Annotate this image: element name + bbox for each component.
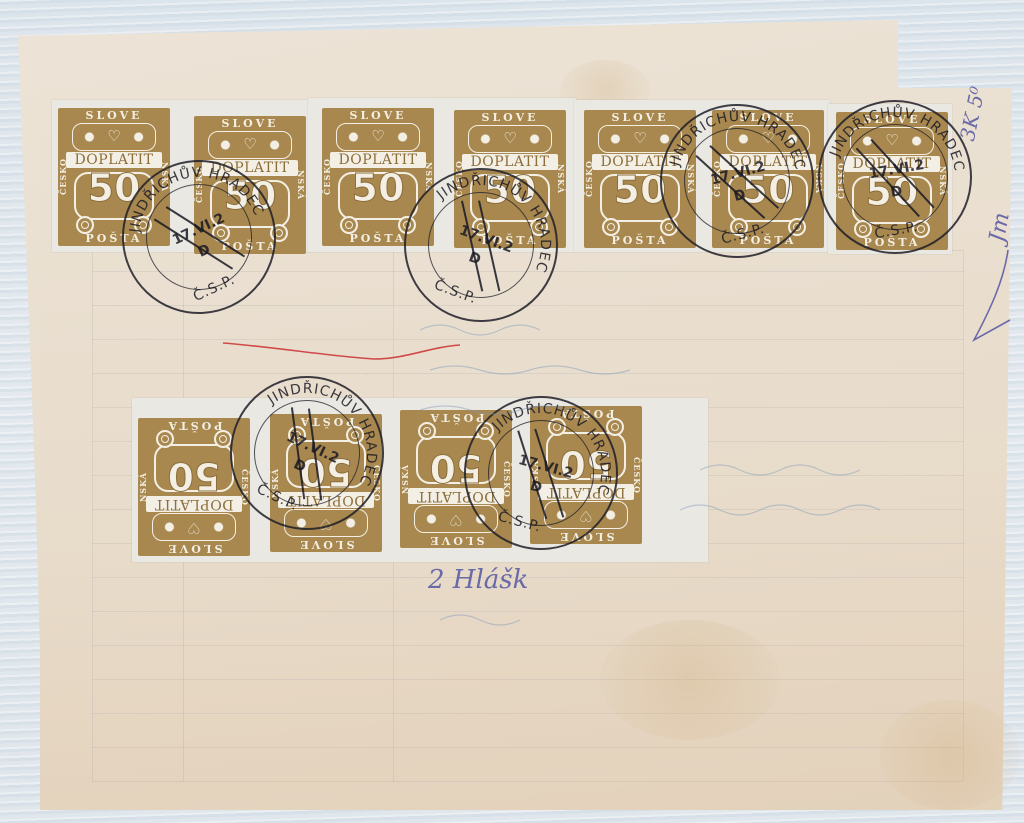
stamp-value: 50 xyxy=(194,174,306,218)
heart-icon: ♡ xyxy=(318,516,334,532)
stamp-value: 50 xyxy=(712,168,824,212)
postage-due-stamp: SLOVE ČESKO NSKÁ ♡ DOPLATIT 50 POŠTA xyxy=(454,110,566,248)
stamp-bottom-text: POŠTA xyxy=(584,234,696,247)
postage-due-stamp: SLOVE ČESKO NSKÁ ♡ DOPLATIT 50 POŠTA xyxy=(322,108,434,246)
postage-due-stamp: SLOVE ČESKO NSKÁ ♡ DOPLATIT 50 POŠTA xyxy=(712,110,824,248)
stamp-value: 50 xyxy=(836,170,948,214)
stamp-top-text: SLOVE xyxy=(58,109,170,122)
stamp-top-text: SLOVE xyxy=(322,109,434,122)
stamp-value: 50 xyxy=(138,454,250,498)
faded-ink-writing xyxy=(400,300,960,680)
stamp-bottom-text: POŠTA xyxy=(270,415,382,428)
stamp-top-text: SLOVE xyxy=(194,117,306,130)
heart-icon: ♡ xyxy=(106,128,122,144)
stamp-top-text: SLOVE xyxy=(584,111,696,124)
stamp-top-text: SLOVE xyxy=(712,111,824,124)
heart-icon: ♡ xyxy=(242,136,258,152)
stamp-value: 50 xyxy=(58,166,170,210)
stamp-value: 50 xyxy=(454,168,566,212)
stamp-bottom-text: POŠTA xyxy=(454,234,566,247)
postage-due-stamp: SLOVE ČESKO NSKÁ ♡ DOPLATIT 50 POŠTA xyxy=(584,110,696,248)
heart-icon: ♡ xyxy=(884,132,900,148)
stamp-top-text: SLOVE xyxy=(138,542,250,555)
spiral-ornament-icon xyxy=(156,430,174,448)
stamp-label: DOPLATIT xyxy=(146,496,242,512)
spiral-ornament-icon xyxy=(346,426,364,444)
heart-icon: ♡ xyxy=(760,130,776,146)
pen-stroke xyxy=(960,240,1020,350)
postage-due-stamp: SLOVE ČESKO NSKÁ ♡ DOPLATIT 50 POŠTA xyxy=(58,108,170,246)
stamp-bottom-text: POŠTA xyxy=(58,232,170,245)
spiral-ornament-icon xyxy=(214,430,232,448)
paper-stain xyxy=(880,700,1020,810)
heart-icon: ♡ xyxy=(370,128,386,144)
postage-due-stamp: SLOVE ČESKO NSKÁ ♡ DOPLATIT 50 POŠTA xyxy=(194,116,306,254)
stamp-bottom-text: POŠTA xyxy=(138,419,250,432)
stamp-value: 50 xyxy=(322,166,434,210)
stamp-top-text: SLOVE xyxy=(836,113,948,126)
postage-due-stamp: SLOVE ČESKO NSKÁ ♡ DOPLATIT 50 POŠTA xyxy=(138,418,250,556)
postage-due-stamp: SLOVE ČESKO NSKÁ ♡ DOPLATIT 50 POŠTA xyxy=(836,112,948,250)
postage-due-stamp: SLOVE ČESKO NSKÁ ♡ DOPLATIT 50 POŠTA xyxy=(270,414,382,552)
stamp-bottom-text: POŠTA xyxy=(712,234,824,247)
stamp-top-text: SLOVE xyxy=(454,111,566,124)
heart-icon: ♡ xyxy=(632,130,648,146)
stamp-top-text: SLOVE xyxy=(270,538,382,551)
heart-icon: ♡ xyxy=(502,130,518,146)
stamp-value: 50 xyxy=(584,168,696,212)
stamp-bottom-text: POŠTA xyxy=(322,232,434,245)
stamp-bottom-text: POŠTA xyxy=(194,240,306,253)
stamp-value: 50 xyxy=(270,450,382,494)
stamp-label: DOPLATIT xyxy=(278,492,374,508)
heart-icon: ♡ xyxy=(186,520,202,536)
spiral-ornament-icon xyxy=(288,426,306,444)
stamp-bottom-text: POŠTA xyxy=(836,236,948,249)
